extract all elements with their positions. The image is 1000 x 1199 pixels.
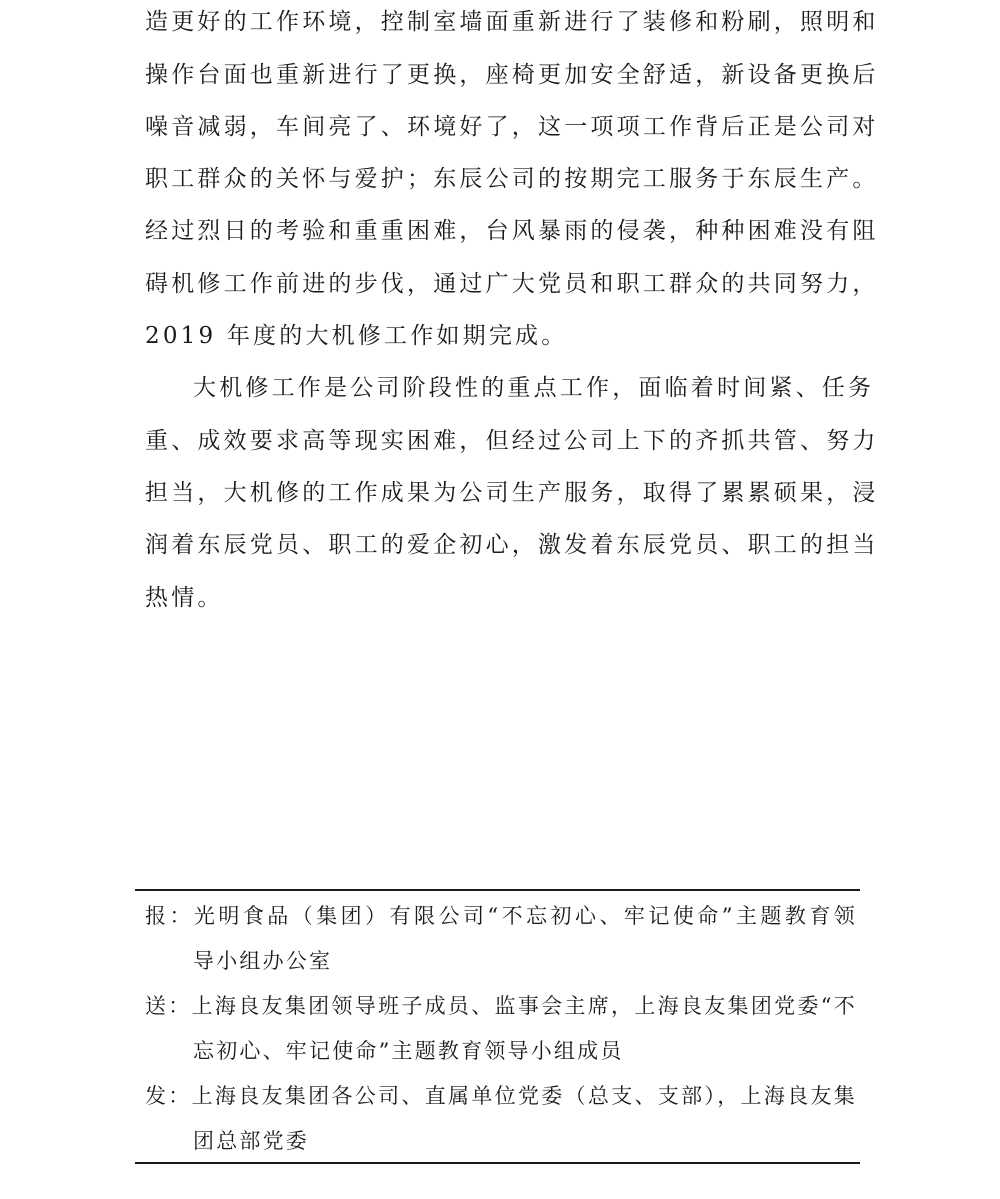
- paragraph-line: 碍机修工作前进的步伐，通过广大党员和职工群众的共同努力，: [145, 264, 857, 304]
- send-to-label: 送：: [145, 994, 192, 1018]
- issue-to-label: 发：: [145, 1084, 192, 1108]
- paragraph-line: 噪音减弱，车间亮了、环境好了，这一项项工作背后正是公司对: [145, 107, 857, 147]
- send-to-text: 上海良友集团领导班子成员、监事会主席，上海良友集团党委“不: [192, 994, 857, 1018]
- document-page: 造更好的工作环境，控制室墙面重新进行了装修和粉刷，照明和 操作台面也重新进行了更…: [0, 0, 1000, 1199]
- issue-to-text: 上海良友集团各公司、直属单位党委（总支、支部），上海良友集: [192, 1084, 857, 1108]
- paragraph-line: 润着东辰党员、职工的爱企初心，激发着东辰党员、职工的担当: [145, 525, 857, 565]
- paragraph-line: 经过烈日的考验和重重困难，台风暴雨的侵袭，种种困难没有阻: [145, 211, 857, 251]
- paragraph-line: 大机修工作是公司阶段性的重点工作，面临着时间紧、任务: [193, 368, 857, 408]
- report-to-text: 光明食品（集团）有限公司“不忘初心、牢记使命”主题教育领: [194, 904, 857, 928]
- paragraph-line: 2019 年度的大机修工作如期完成。: [145, 316, 857, 356]
- paragraph-line: 造更好的工作环境，控制室墙面重新进行了装修和粉刷，照明和: [145, 2, 857, 42]
- send-to-line-continued: 忘初心、牢记使命”主题教育领导小组成员: [193, 1033, 857, 1069]
- issue-to-line: 发：上海良友集团各公司、直属单位党委（总支、支部），上海良友集: [145, 1078, 857, 1114]
- issue-to-line-continued: 团总部党委: [193, 1123, 857, 1159]
- paragraph-line: 热情。: [145, 578, 857, 618]
- bottom-rule-divider: [135, 1162, 860, 1164]
- paragraph-line: 重、成效要求高等现实困难，但经过公司上下的齐抓共管、努力: [145, 421, 857, 461]
- top-rule-divider: [135, 889, 860, 891]
- report-to-label: 报：: [145, 904, 194, 928]
- send-to-line: 送：上海良友集团领导班子成员、监事会主席，上海良友集团党委“不: [145, 988, 857, 1024]
- paragraph-line: 操作台面也重新进行了更换，座椅更加安全舒适，新设备更换后: [145, 55, 857, 95]
- paragraph-line: 担当，大机修的工作成果为公司生产服务，取得了累累硕果，浸: [145, 473, 857, 513]
- report-to-line-continued: 导小组办公室: [193, 943, 857, 979]
- report-to-line: 报：光明食品（集团）有限公司“不忘初心、牢记使命”主题教育领: [145, 898, 857, 934]
- paragraph-line: 职工群众的关怀与爱护；东辰公司的按期完工服务于东辰生产。: [145, 159, 857, 199]
